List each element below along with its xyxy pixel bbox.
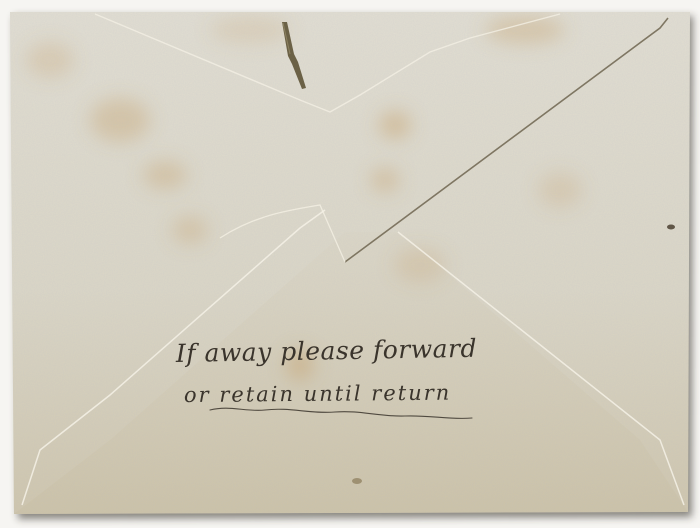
note-line-2: or retain until return (184, 381, 451, 407)
envelope-photo: If away please forward or retain until r… (0, 0, 700, 528)
note-line-1: If away please forward (175, 334, 478, 368)
paper-blemish (352, 478, 362, 484)
envelope-body (0, 0, 700, 528)
